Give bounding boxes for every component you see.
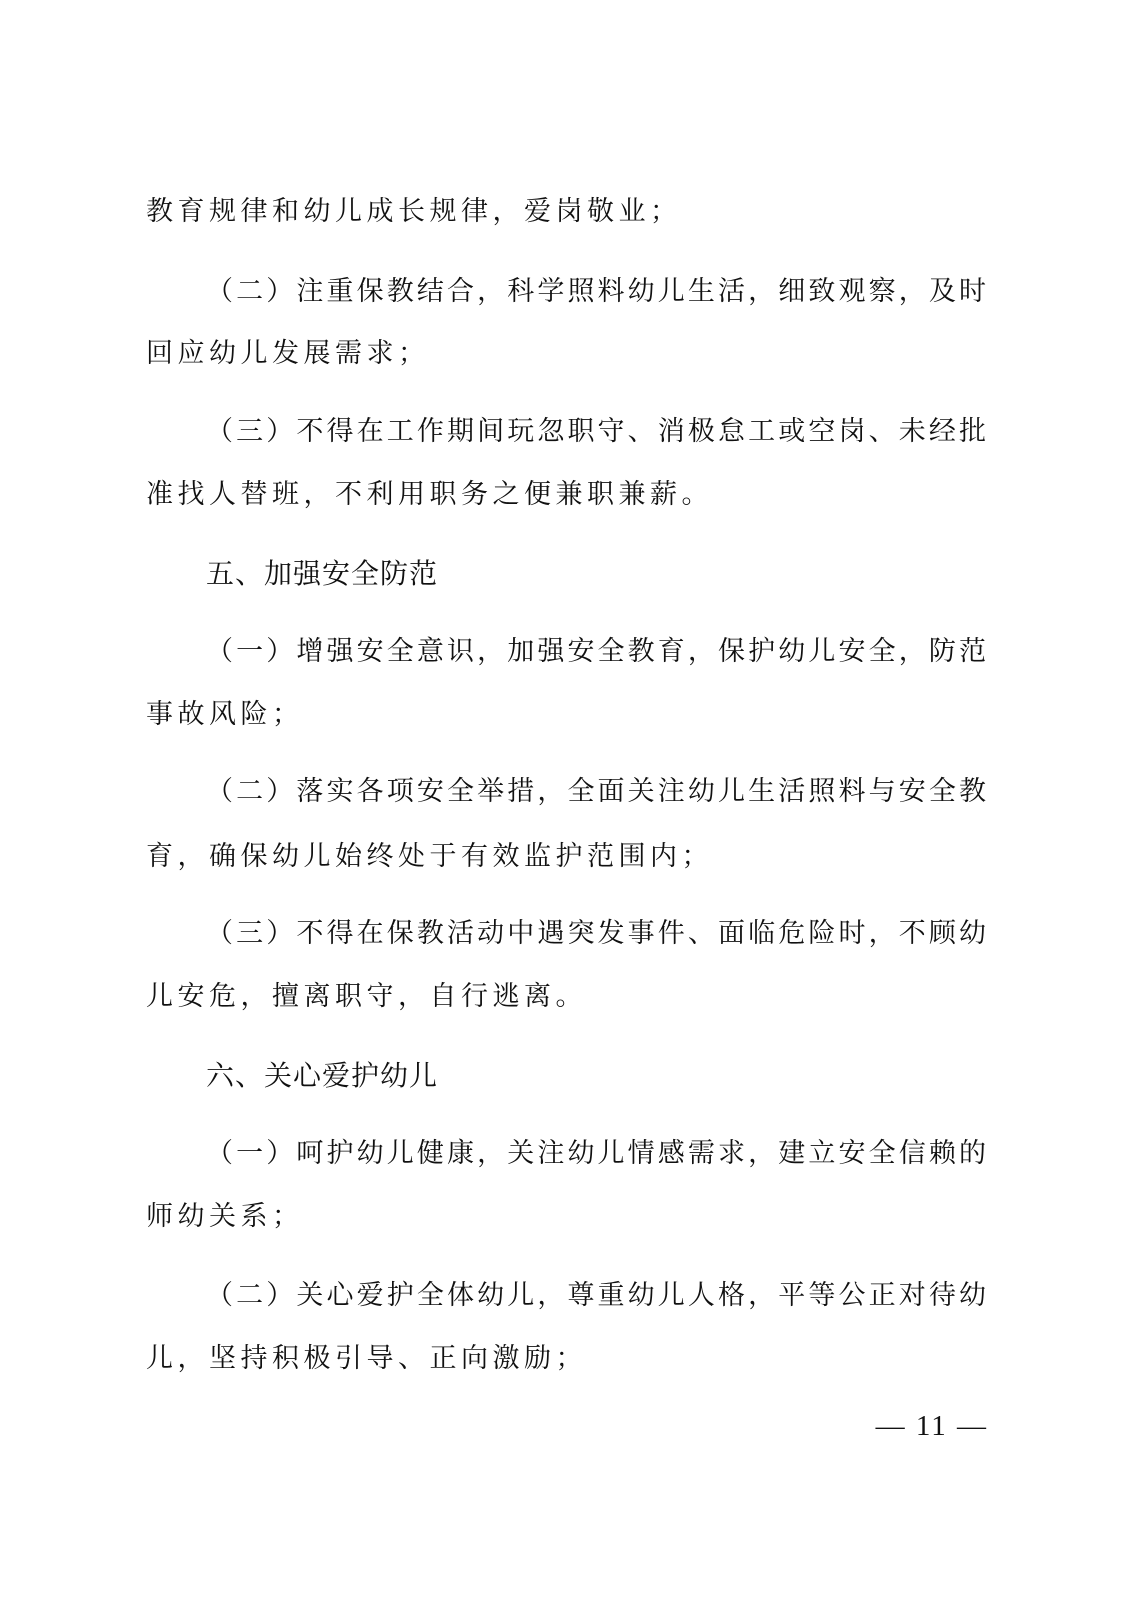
paragraph-line: （一）增强安全意识，加强安全教育，保护幼儿安全，防范 [206, 632, 986, 672]
paragraph-line: 儿，坚持积极引导、正向激励； [146, 1339, 986, 1379]
document-page: 教育规律和幼儿成长规律，爱岗敬业； （二）注重保教结合，科学照料幼儿生活，细致观… [0, 0, 1131, 1600]
paragraph-line: 事故风险； [146, 695, 986, 735]
paragraph-line: 教育规律和幼儿成长规律，爱岗敬业； [146, 192, 986, 232]
paragraph-line: 育，确保幼儿始终处于有效监护范围内； [146, 837, 986, 877]
paragraph-line: （二）关心爱护全体幼儿，尊重幼儿人格，平等公正对待幼 [206, 1276, 986, 1316]
paragraph-line: 师幼关系； [146, 1197, 986, 1237]
paragraph-line: 准找人替班，不利用职务之便兼职兼薪。 [146, 475, 986, 515]
paragraph-line: 回应幼儿发展需求； [146, 334, 986, 374]
section-heading: 五、加强安全防范 [206, 554, 438, 594]
paragraph-line: （三）不得在保教活动中遇突发事件、面临危险时，不顾幼 [206, 914, 986, 954]
paragraph-line: （一）呵护幼儿健康，关注幼儿情感需求，建立安全信赖的 [206, 1134, 986, 1174]
paragraph-line: （二）落实各项安全举措，全面关注幼儿生活照料与安全教 [206, 772, 986, 812]
paragraph-line: （三）不得在工作期间玩忽职守、消极怠工或空岗、未经批 [206, 412, 986, 452]
paragraph-line: （二）注重保教结合，科学照料幼儿生活，细致观察，及时 [206, 272, 986, 312]
section-heading: 六、关心爱护幼儿 [206, 1056, 438, 1096]
paragraph-line: 儿安危，擅离职守，自行逃离。 [146, 977, 986, 1017]
page-number: — 11 — [868, 1406, 988, 1446]
